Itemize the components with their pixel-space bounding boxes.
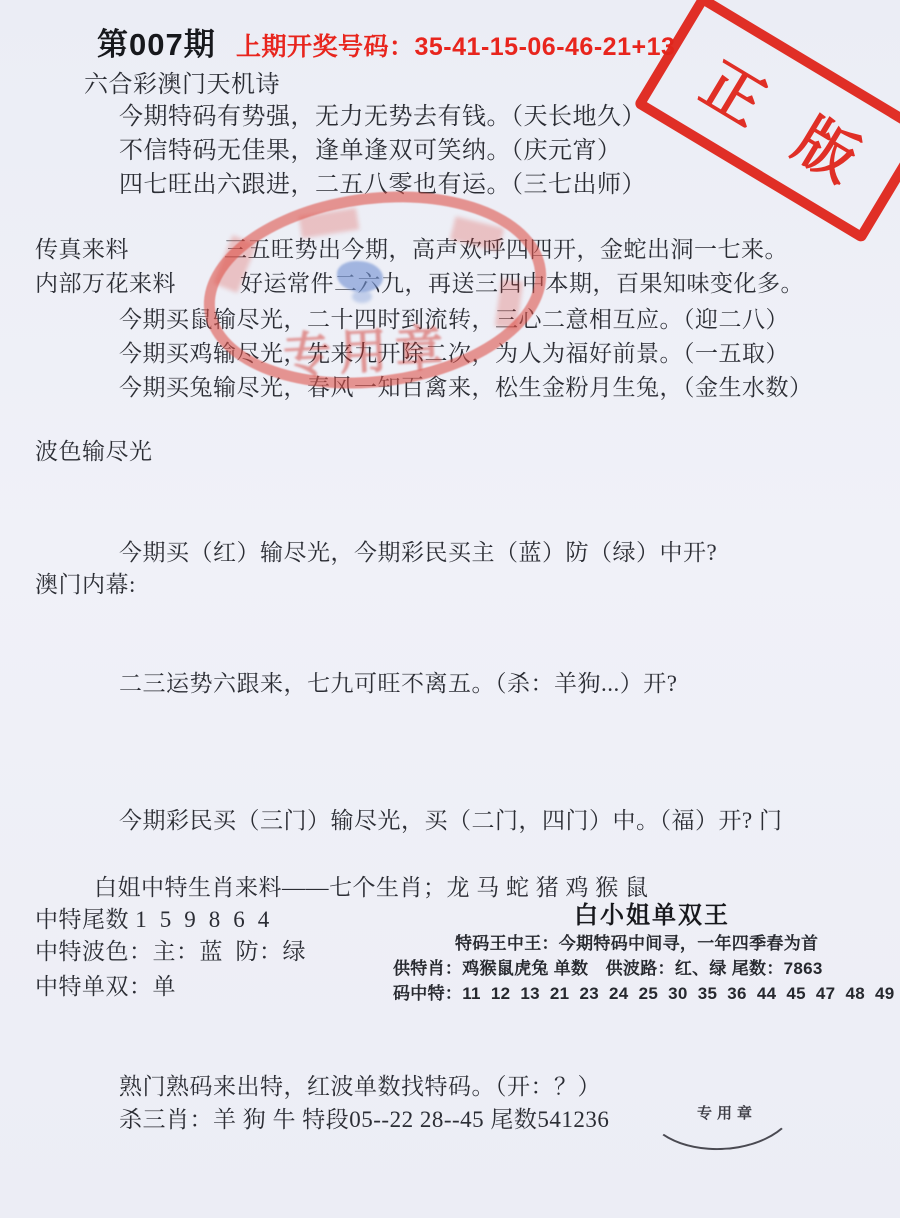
fax-label: 传真来料 xyxy=(35,236,129,265)
wave-title: 波色输尽光 xyxy=(35,438,153,467)
poem-line: 今期特码有势强，无力无势去有钱。（天长地久） xyxy=(119,102,646,132)
issue-number: 第007期 xyxy=(97,26,216,65)
internal-text: 好运常件二六九，再送三四中本期，百果知味变化多。 xyxy=(240,270,804,299)
tip-sheet-page: 第007期 上期开奖号码：35-41-15-06-46-21+13 六合彩澳门天… xyxy=(0,0,900,1218)
baijie-zodiac-line: 白姐中特生肖来料——七个生肖；龙 马 蛇 猪 鸡 猴 鼠 xyxy=(94,874,649,903)
insider-line: 二三运势六跟来，七九可旺不离五。（杀：羊狗...）开? xyxy=(119,670,677,699)
poem-line: 四七旺出六跟进，二五八零也有运。（三七出师） xyxy=(119,170,646,200)
authentic-stamp: 正 版 xyxy=(633,0,900,244)
last-draw-numbers: 上期开奖号码：35-41-15-06-46-21+13 xyxy=(236,32,675,63)
internal-label: 内部万花来料 xyxy=(35,270,176,299)
wave-color-line: 今期买（红）输尽光，今期彩民买主（蓝）防（绿）中开? xyxy=(119,539,717,568)
footer-line-1: 熟门熟码来出特，红波单数找特码。（开：？） xyxy=(119,1073,601,1102)
poem-line: 不信特码无佳果，逢单逢双可笑纳。（庆元宵） xyxy=(119,136,622,166)
special-wave-line: 中特波色：主：蓝 防：绿 xyxy=(35,938,306,967)
baijie-box-line-2: 供特肖：鸡猴鼠虎兔 单数 供波路：红、绿 尾数：7863 xyxy=(393,958,823,979)
seal-arc-mark xyxy=(299,208,360,239)
special-oddeven-line: 中特单双：单 xyxy=(35,973,176,1002)
zodiac-line: 今期买兔输尽光，春风一知百禽来，松生金粉月生兔，（金生水数） xyxy=(119,374,813,403)
zodiac-line: 今期买鸡输尽光，先来九开除二次，为人为福好前景。（一五取） xyxy=(119,340,789,369)
baijie-box-line-3: 码中特：11 12 13 21 23 24 25 30 35 36 44 45 … xyxy=(393,983,895,1004)
baijie-box-title: 白小姐单双王 xyxy=(574,901,730,931)
special-tail-line: 中特尾数 1 5 9 8 6 4 xyxy=(35,906,270,935)
doors-line: 今期彩民买（三门）输尽光，买（二门，四门）中。（福）开? 门 xyxy=(119,807,782,836)
baijie-box-line-1: 特码王中王：今期特码中间寻，一年四季春为首 xyxy=(455,933,818,954)
poem-title: 六合彩澳门天机诗 xyxy=(84,70,280,100)
authentic-stamp-text: 正 版 xyxy=(688,38,891,207)
fax-text: 三五旺势出今期，高声欢呼四四开，金蛇出洞一七来。 xyxy=(224,236,788,265)
insider-label: 澳门内幕: xyxy=(35,571,136,600)
corner-seal-text: 专用章 xyxy=(697,1102,757,1123)
corner-seal-arc xyxy=(641,1048,802,1154)
zodiac-line: 今期买鼠输尽光，二十四时到流转，三心二意相互应。（迎二八） xyxy=(119,306,789,335)
footer-line-2: 杀三肖：羊 狗 牛 特段05--22 28--45 尾数541236 xyxy=(119,1106,609,1135)
